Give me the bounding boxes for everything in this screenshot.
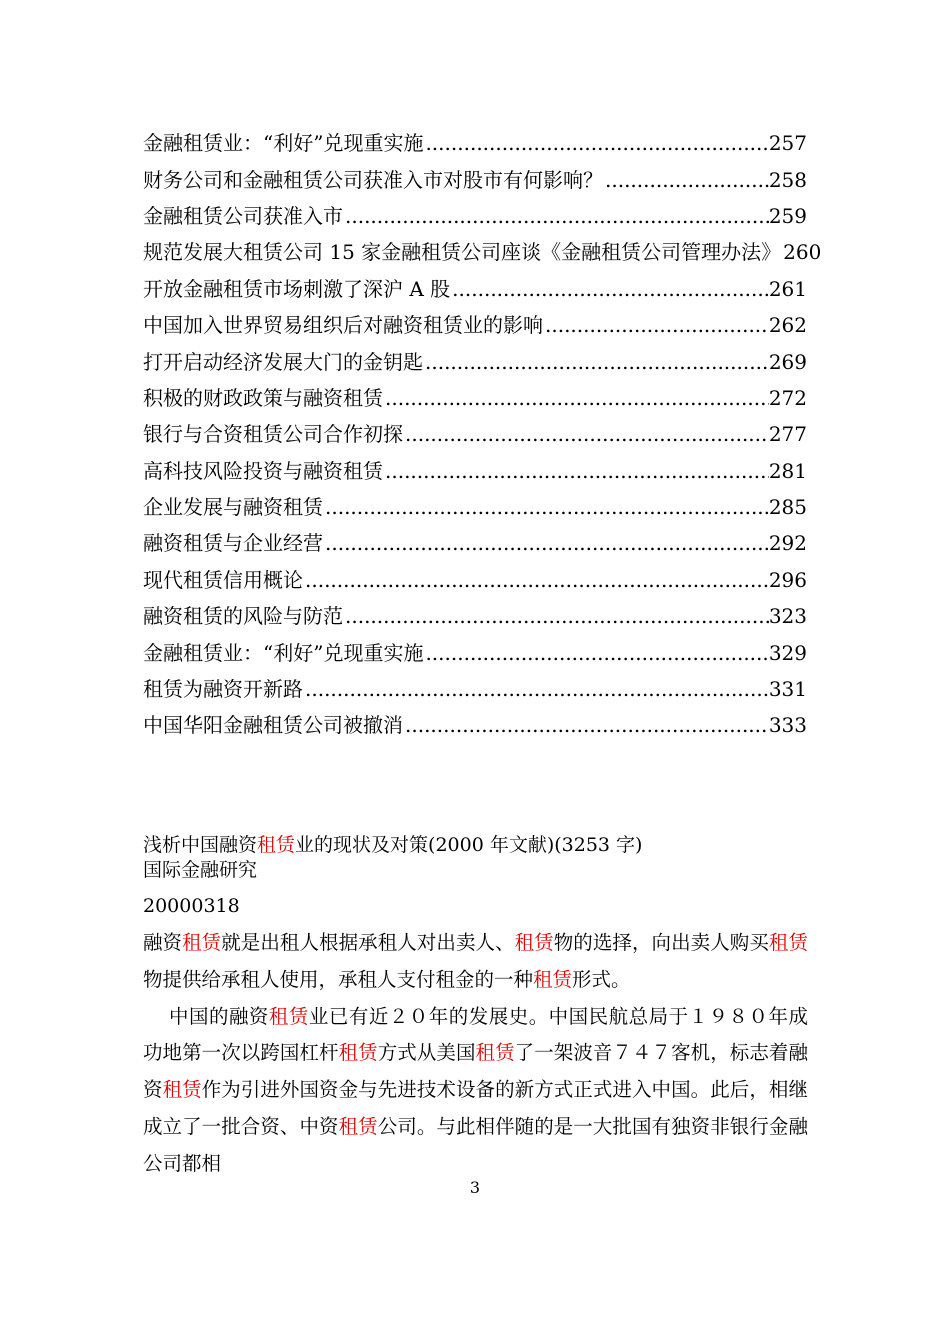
toc-entry-title: 财务公司和金融租赁公司获准入市对股市有何影响？ bbox=[143, 168, 603, 192]
toc-entry-title: 租赁为融资开新路 bbox=[143, 677, 303, 701]
toc-entry-page-number: 285 bbox=[769, 495, 807, 519]
toc-entry-page-number: 323 bbox=[769, 604, 807, 628]
toc-dot-leader bbox=[545, 313, 769, 337]
article-paragraph: 融资租赁就是出租人根据承租人对出卖人、租赁物的选择，向出卖人购买租赁物提供给承租… bbox=[143, 925, 808, 999]
article: 浅析中国融资租赁业的现状及对策(2000 年文献)(3253 字) 国际金融研究… bbox=[143, 833, 808, 1183]
toc-entry: 金融租赁业：“利好”兑现重实施329 bbox=[143, 634, 807, 670]
toc-entry-title: 现代租赁信用概论 bbox=[143, 568, 303, 592]
toc-entry-page-number: 329 bbox=[769, 641, 807, 665]
toc-dot-leader bbox=[345, 204, 769, 228]
toc-dot-leader bbox=[305, 677, 769, 701]
toc-entry-title: 银行与合资租赁公司合作初探 bbox=[143, 422, 403, 446]
article-title: 浅析中国融资租赁业的现状及对策(2000 年文献)(3253 字) bbox=[143, 833, 808, 858]
toc-entry-title: 企业发展与融资租赁 bbox=[143, 495, 323, 519]
toc-entry-page-number: 296 bbox=[769, 568, 807, 592]
toc-entry: 高科技风险投资与融资租赁281 bbox=[143, 453, 807, 489]
toc-entry: 打开启动经济发展大门的金钥匙269 bbox=[143, 343, 807, 379]
highlighted-term: 租赁 bbox=[182, 931, 221, 954]
toc-entry-page-number: 261 bbox=[769, 277, 807, 301]
highlighted-term: 租赁 bbox=[269, 1005, 309, 1028]
toc-entry-page-number: 259 bbox=[769, 204, 807, 228]
toc-entry: 金融租赁业：“利好”兑现重实施257 bbox=[143, 125, 807, 161]
document-page: 金融租赁业：“利好”兑现重实施257财务公司和金融租赁公司获准入市对股市有何影响… bbox=[0, 0, 950, 1344]
toc-entry: 金融租赁公司获准入市259 bbox=[143, 198, 807, 234]
page-number: 3 bbox=[0, 1178, 950, 1198]
highlighted-term: 租赁 bbox=[257, 834, 295, 856]
toc-entry-title: 开放金融租赁市场刺激了深沪 A 股 bbox=[143, 277, 450, 301]
toc-entry-title: 金融租赁公司获准入市 bbox=[143, 204, 343, 228]
toc-entry: 租赁为融资开新路331 bbox=[143, 671, 807, 707]
toc-entry-page-number: 272 bbox=[769, 386, 807, 410]
highlighted-term: 租赁 bbox=[769, 931, 808, 954]
toc-dot-leader bbox=[325, 495, 769, 519]
toc-entry-page-number: 269 bbox=[769, 350, 807, 374]
toc-entry-title: 规范发展大租赁公司 15 家金融租赁公司座谈《金融租赁公司管理办法》 bbox=[143, 240, 781, 264]
text-run: 浅析中国融资 bbox=[143, 834, 257, 856]
toc-entry-page-number: 333 bbox=[769, 713, 807, 737]
toc-entry: 积极的财政政策与融资租赁272 bbox=[143, 380, 807, 416]
toc-entry: 现代租赁信用概论296 bbox=[143, 562, 807, 598]
toc-entry-title: 金融租赁业：“利好”兑现重实施 bbox=[143, 131, 423, 155]
toc-entry: 银行与合资租赁公司合作初探277 bbox=[143, 416, 807, 452]
toc-dot-leader bbox=[405, 422, 769, 446]
toc-entry-title: 中国华阳金融租赁公司被撤消 bbox=[143, 713, 403, 737]
highlighted-term: 租赁 bbox=[339, 1041, 378, 1064]
article-date: 20000318 bbox=[143, 894, 808, 919]
toc-entry: 中国华阳金融租赁公司被撤消333 bbox=[143, 707, 807, 743]
toc-entry-title: 金融租赁业：“利好”兑现重实施 bbox=[143, 641, 423, 665]
toc-entry: 融资租赁与企业经营292 bbox=[143, 525, 807, 561]
toc-dot-leader bbox=[425, 641, 768, 665]
text-run: 形式。 bbox=[572, 968, 631, 991]
text-run: 方式从美国 bbox=[378, 1041, 476, 1064]
toc-dot-leader bbox=[605, 168, 769, 192]
toc-entry: 企业发展与融资租赁285 bbox=[143, 489, 807, 525]
toc-dot-leader bbox=[425, 131, 768, 155]
toc-dot-leader bbox=[385, 386, 769, 410]
text-run: 业的现状及对策(2000 年文献)(3253 字) bbox=[295, 834, 642, 856]
toc-dot-leader bbox=[385, 459, 769, 483]
toc-entry: 融资租赁的风险与防范323 bbox=[143, 598, 807, 634]
highlighted-term: 租赁 bbox=[339, 1115, 378, 1138]
toc-entry-page-number: 292 bbox=[769, 531, 807, 555]
toc-dot-leader bbox=[452, 277, 769, 301]
toc-dot-leader bbox=[305, 568, 769, 592]
article-paragraph: 中国的融资租赁业已有近２０年的发展史。中国民航总局于１９８０年成功地第一次以跨国… bbox=[143, 999, 808, 1183]
toc-dot-leader bbox=[405, 713, 769, 737]
toc-entry: 开放金融租赁市场刺激了深沪 A 股261 bbox=[143, 271, 807, 307]
toc-entry-title: 融资租赁的风险与防范 bbox=[143, 604, 343, 628]
article-body: 融资租赁就是出租人根据承租人对出卖人、租赁物的选择，向出卖人购买租赁物提供给承租… bbox=[143, 925, 808, 1183]
toc-entry-page-number: 277 bbox=[769, 422, 807, 446]
toc-entry-page-number: 262 bbox=[769, 313, 807, 337]
toc-entry-title: 打开启动经济发展大门的金钥匙 bbox=[143, 350, 423, 374]
toc-entry-page-number: 281 bbox=[769, 459, 807, 483]
toc-entry-title: 高科技风险投资与融资租赁 bbox=[143, 459, 383, 483]
toc-dot-leader bbox=[345, 604, 769, 628]
toc-list: 金融租赁业：“利好”兑现重实施257财务公司和金融租赁公司获准入市对股市有何影响… bbox=[143, 125, 807, 744]
highlighted-term: 租赁 bbox=[476, 1041, 515, 1064]
toc-dot-leader bbox=[325, 531, 769, 555]
toc-entry: 中国加入世界贸易组织后对融资租赁业的影响262 bbox=[143, 307, 807, 343]
toc-entry-title: 积极的财政政策与融资租赁 bbox=[143, 386, 383, 410]
highlighted-term: 租赁 bbox=[163, 1078, 202, 1101]
toc-entry-page-number: 331 bbox=[769, 677, 807, 701]
text-run: 物提供给承租人使用，承租人支付租金的一种 bbox=[143, 968, 533, 991]
text-run: 物的选择，向出卖人购买 bbox=[554, 931, 769, 954]
text-run: 融资 bbox=[143, 931, 182, 954]
toc-entry-title: 中国加入世界贸易组织后对融资租赁业的影响 bbox=[143, 313, 543, 337]
toc-entry-page-number: 260 bbox=[783, 240, 821, 264]
highlighted-term: 租赁 bbox=[533, 968, 572, 991]
toc-dot-leader bbox=[425, 350, 769, 374]
toc-entry: 规范发展大租赁公司 15 家金融租赁公司座谈《金融租赁公司管理办法》260 bbox=[143, 234, 807, 270]
toc-entry-title: 融资租赁与企业经营 bbox=[143, 531, 323, 555]
toc-entry-page-number: 258 bbox=[769, 168, 807, 192]
text-run: 就是出租人根据承租人对出卖人、 bbox=[221, 931, 514, 954]
toc-entry-page-number: 257 bbox=[769, 131, 807, 155]
article-source: 国际金融研究 bbox=[143, 858, 808, 883]
toc-entry: 财务公司和金融租赁公司获准入市对股市有何影响？258 bbox=[143, 161, 807, 197]
highlighted-term: 租赁 bbox=[515, 931, 554, 954]
text-run: 中国的融资 bbox=[169, 1005, 269, 1028]
